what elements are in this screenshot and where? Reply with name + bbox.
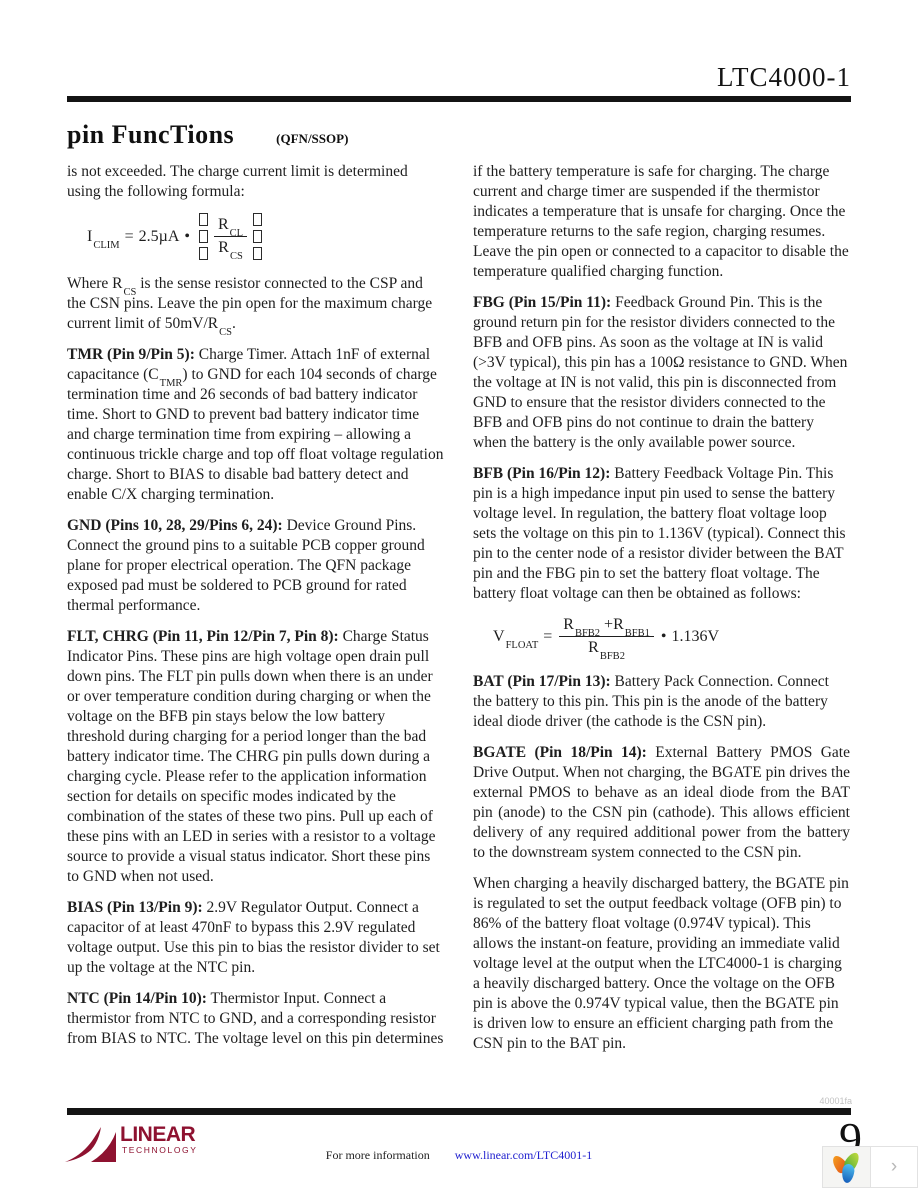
missing-glyph-box-icon (199, 213, 208, 260)
product-link[interactable]: www.linear.com/LTC4001-1 (455, 1148, 592, 1162)
petals-logo-icon (833, 1152, 861, 1182)
paragraph-where-rcs: Where RCS is the sense resistor connecte… (67, 274, 444, 334)
right-column: if the battery temperature is safe for c… (473, 162, 850, 1065)
left-column: is not exceeded. The charge current limi… (67, 162, 444, 1065)
expand-overlay-button[interactable]: › (870, 1146, 918, 1188)
paragraph-bias: BIAS (Pin 13/Pin 9): 2.9V Regulator Outp… (67, 898, 444, 978)
paragraph-bat: BAT (Pin 17/Pin 13): Battery Pack Connec… (473, 672, 850, 732)
viewer-logo-button[interactable] (822, 1146, 870, 1188)
paragraph-instant-on: When charging a heavily discharged batte… (473, 874, 850, 1054)
footer-info: For more information www.linear.com/LTC4… (0, 1148, 918, 1163)
paragraph-ntc: NTC (Pin 14/Pin 10): Thermistor Input. C… (67, 989, 444, 1049)
formula-vfloat: VFLOAT = RBFB2 +RBFB1 RBFB2 • 1.136V (493, 615, 850, 658)
viewer-overlay: › (822, 1146, 918, 1188)
chevron-right-icon: › (891, 1156, 897, 1178)
formula-charge-current-limit: ICLIM = 2.5µA • RCL RCS (87, 213, 444, 260)
fraction: RBFB2 +RBFB1 RBFB2 (559, 615, 654, 658)
more-info-label: For more information (326, 1148, 430, 1162)
brand-name: LINEAR (120, 1124, 198, 1145)
header-rule (67, 96, 851, 102)
missing-glyph-box-icon (253, 213, 262, 260)
document-code: 40001fa (819, 1096, 852, 1106)
formula-lhs: ICLIM (87, 227, 120, 247)
paragraph-bgate: BGATE (Pin 18/Pin 14): External Battery … (473, 743, 850, 863)
fraction: RCL RCS (214, 215, 247, 258)
paragraph-fbg: FBG (Pin 15/Pin 11): Feedback Ground Pin… (473, 293, 850, 453)
section-subtitle: (QFN/SSOP) (276, 131, 348, 147)
paragraph-bfb: BFB (Pin 16/Pin 12): Battery Feedback Vo… (473, 464, 850, 604)
formula-lhs: VFLOAT (493, 627, 538, 647)
paragraph-intro: is not exceeded. The charge current limi… (67, 162, 444, 202)
paragraph-tmr: TMR (Pin 9/Pin 5): Charge Timer. Attach … (67, 345, 444, 505)
paragraph-flt-chrg: FLT, CHRG (Pin 11, Pin 12/Pin 7, Pin 8):… (67, 627, 444, 887)
part-number-title: LTC4000-1 (67, 62, 851, 93)
datasheet-page: LTC4000-1 pin FuncTions (QFN/SSOP) is no… (0, 0, 918, 1188)
paragraph-gnd: GND (Pins 10, 28, 29/Pins 6, 24): Device… (67, 516, 444, 616)
two-column-body: is not exceeded. The charge current limi… (67, 162, 851, 1065)
paragraph-thermistor-cont: if the battery temperature is safe for c… (473, 162, 850, 282)
section-heading: pin FuncTions (QFN/SSOP) (67, 120, 851, 150)
section-title: pin FuncTions (67, 120, 234, 150)
footer-rule (67, 1108, 851, 1115)
